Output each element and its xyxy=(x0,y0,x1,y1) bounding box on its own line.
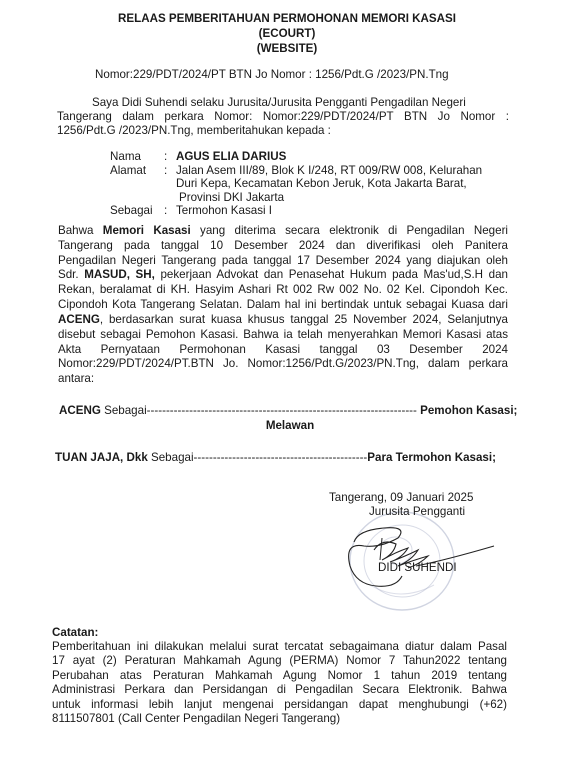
memori-kasasi-bold: Memori Kasasi xyxy=(103,224,191,237)
body-line-8: disebut sebagai Pemohon Kasasi. Bahwa ia… xyxy=(58,328,508,343)
signature-position: Jurusita Pengganti xyxy=(369,505,465,520)
colon: : xyxy=(164,164,176,205)
body-line-4: Sdr. MASUD, SH, pekerjaan Advokat dan Pe… xyxy=(58,268,508,283)
role-value: Termohon Kasasi I xyxy=(176,204,482,218)
note-line-4: Administrasi Perkara dan Persidangan di … xyxy=(52,683,507,698)
respondents-dashes: Sebagai---------------------------------… xyxy=(148,451,368,464)
body-line-11: antara: xyxy=(58,372,94,387)
respondents-role: Para Termohon Kasasi; xyxy=(367,451,496,464)
respondents-name: TUAN JAJA, Dkk xyxy=(55,451,148,464)
address-label: Alamat xyxy=(110,164,164,205)
document-title: RELAAS PEMBERITAHUAN PERMOHONAN MEMORI K… xyxy=(0,11,574,27)
signature-icon xyxy=(338,520,498,590)
role-label: Sebagai xyxy=(110,204,164,218)
party-petitioner: ACENG Sebagai---------------------------… xyxy=(59,404,517,419)
colon: : xyxy=(164,204,176,218)
address-line-1: Jalan Asem III/89, Blok K I/248, RT 009/… xyxy=(176,164,482,178)
case-number: Nomor:229/PDT/2024/PT BTN Jo Nomor : 125… xyxy=(95,68,449,83)
note-heading: Catatan: xyxy=(52,626,98,641)
aceng-bold: ACENG xyxy=(58,313,100,326)
colon: : xyxy=(164,150,176,164)
petitioner-role: Pemohon Kasasi; xyxy=(420,404,517,417)
recipient-details: Nama : AGUS ELIA DARIUS Alamat : Jalan A… xyxy=(110,150,482,218)
document-subtitle-ecourt: (ECOURT) xyxy=(0,26,574,42)
petitioner-name: ACENG xyxy=(59,404,101,417)
note-line-1: Pemberitahuan ini dilakukan melalui sura… xyxy=(52,640,507,655)
note-line-5: untuk informasi lebih lanjut mengenai pe… xyxy=(52,698,507,713)
body-line-9: Akta Pernyataan Permohonan Kasasi tangga… xyxy=(58,343,508,358)
advocate-name-bold: MASUD, SH, xyxy=(84,268,155,281)
body-line-7: ACENG, berdasarkan surat kuasa khusus ta… xyxy=(58,313,508,328)
address-line-3: Provinsi DKI Jakarta xyxy=(176,191,482,205)
name-value: AGUS ELIA DARIUS xyxy=(176,150,482,164)
name-label: Nama xyxy=(110,150,164,164)
body-line-2: Tangerang pada tanggal 10 Desember 2024 … xyxy=(58,239,508,254)
body-line-6: Cipondoh Kota Tangerang Selatan. Dalam h… xyxy=(58,298,508,313)
note-line-6: 8111507801 (Call Center Pengadilan Neger… xyxy=(52,712,340,727)
body-line-1: Bahwa Memori Kasasi yang diterima secara… xyxy=(58,224,508,239)
document-subtitle-website: (WEBSITE) xyxy=(0,41,574,57)
petitioner-dashes: Sebagai---------------------------------… xyxy=(101,404,420,417)
signatory-name: DIDI SUHENDI xyxy=(378,561,457,576)
versus-label: Melawan xyxy=(0,419,574,434)
signature-place-date: Tangerang, 09 Januari 2025 xyxy=(329,491,473,506)
intro-line-3: 1256/Pdt.G /2023/PN.Tng, memberitahukan … xyxy=(57,124,331,139)
address-line-2: Duri Kepa, Kecamatan Kebon Jeruk, Kota J… xyxy=(176,177,482,191)
body-line-10: Nomor:229/PDT/2024/PT.BTN Jo. Nomor:1256… xyxy=(58,357,508,372)
intro-line-2: Tangerang dalam perkara Nomor: Nomor:229… xyxy=(57,110,509,125)
intro-line-1: Saya Didi Suhendi selaku Jurusita/Jurusi… xyxy=(92,96,466,111)
note-line-3: Perubahan atas Peraturan Mahkamah Agung … xyxy=(52,669,507,684)
body-line-5: Rekan, beralamat di KH. Hasyim Ashari Rt… xyxy=(58,283,508,298)
party-respondents: TUAN JAJA, Dkk Sebagai------------------… xyxy=(55,451,496,466)
body-line-3: Pengadilan Negeri Tangerang pada tanggal… xyxy=(58,254,508,269)
note-line-2: 17 ayat (2) Peraturan Mahkamah Agung (PE… xyxy=(52,654,507,669)
